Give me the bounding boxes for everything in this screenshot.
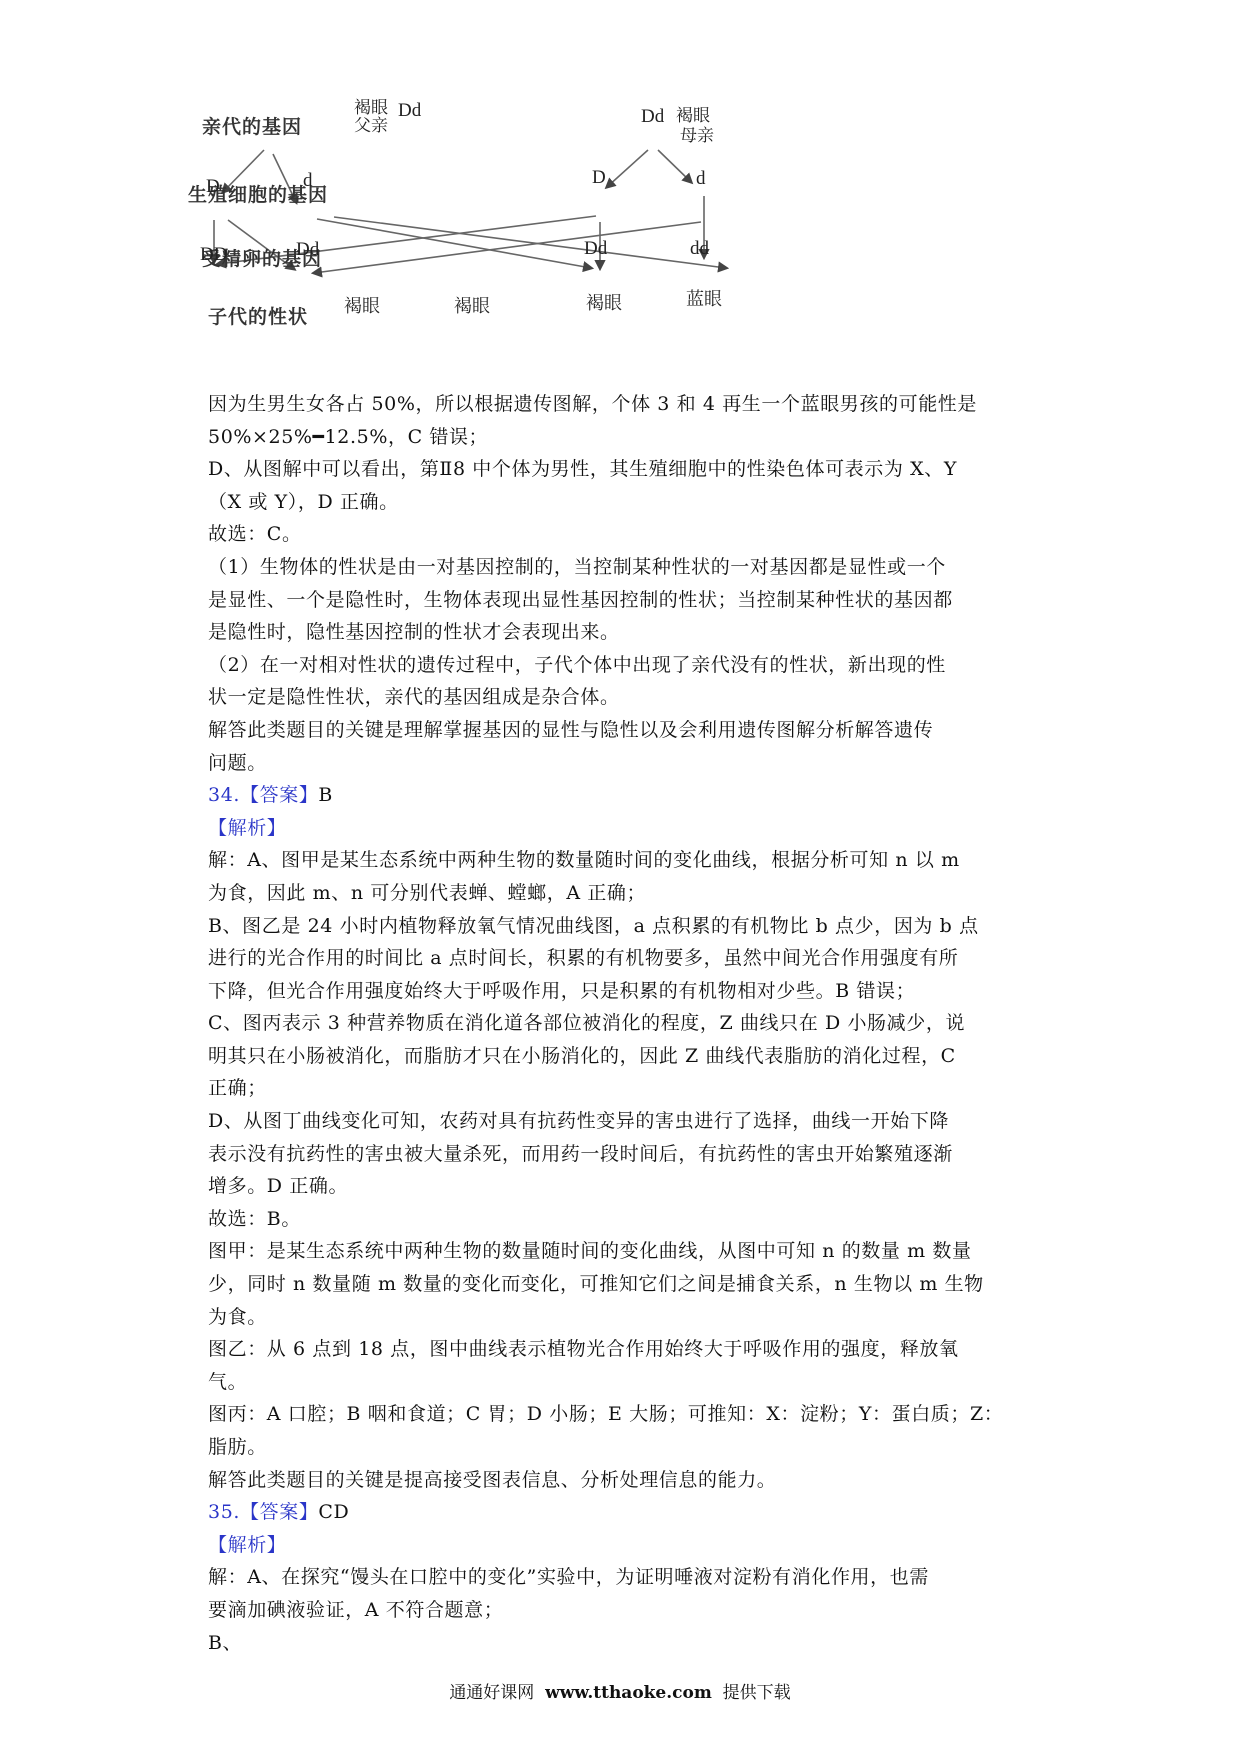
row-label-offspring-traits: 子代的性状: [208, 302, 308, 329]
text-line: （1）生物体的性状是由一对基因控制的，当控制某种性状的一对基因都是显性或一个: [208, 551, 1040, 584]
text-line: 为食。: [208, 1301, 1040, 1334]
text-line: （2）在一对相对性状的遗传过程中，子代个体中出现了亲代没有的性状，新出现的性: [208, 649, 1040, 682]
text-line: 要滴加碘液验证，A 不符合题意；: [208, 1594, 1040, 1627]
answer-value: B: [318, 784, 333, 806]
answer-label: 34.【答案】: [208, 784, 318, 806]
analysis-label: 【解析】: [208, 817, 286, 839]
text-line: 是隐性时，隐性基因控制的性状才会表现出来。: [208, 616, 1040, 649]
text-line: （X 或 Y），D 正确。: [208, 486, 1040, 519]
offspring-trait-2: 褐眼: [454, 292, 490, 318]
text-line: 解：A、在探究“馒头在口腔中的变化”实验中，为证明唾液对淀粉有消化作用，也需: [208, 1561, 1040, 1594]
text-line: 增多。D 正确。: [208, 1170, 1040, 1203]
mother-trait: 褐眼: [676, 108, 710, 125]
analysis-label: 【解析】: [208, 1534, 286, 1556]
zygote-Dd-1: Dd: [296, 239, 319, 261]
text-line: 正确；: [208, 1072, 1040, 1105]
gamete-father-D: D: [206, 176, 220, 198]
gamete-mother-D: D: [592, 167, 606, 189]
footer-url-link[interactable]: www.tthaoke.com: [545, 1683, 712, 1703]
text-line: 为食，因此 m、n 可分别代表蝉、螳螂，A 正确；: [208, 877, 1040, 910]
zygote-dd: dd: [690, 238, 709, 260]
text-line: 下降，但光合作用强度始终大于呼吸作用，只是积累的有机物相对少些。B 错误；: [208, 975, 1040, 1008]
offspring-trait-1: 褐眼: [344, 292, 380, 318]
text-line: 状一定是隐性性状，亲代的基因组成是杂合体。: [208, 681, 1040, 714]
text-line: B、图乙是 24 小时内植物释放氧气情况曲线图，a 点积累的有机物比 b 点少，…: [208, 910, 1040, 943]
row-label-parent-genes: 亲代的基因: [202, 112, 302, 139]
genetics-diagram: 亲代的基因 生殖细胞的基因 受精卵的基因 子代的性状 褐眼 父亲 Dd Dd 褐…: [186, 92, 746, 370]
text-line: D、从图丁曲线变化可知，农药对具有抗药性变异的害虫进行了选择，曲线一开始下降: [208, 1105, 1040, 1138]
gamete-father-d: d: [303, 170, 313, 192]
answer-heading-34: 34.【答案】B: [208, 779, 1040, 812]
text-line: C、图丙表示 3 种营养物质在消化道各部位被消化的程度，Z 曲线只在 D 小肠减…: [208, 1007, 1040, 1040]
analysis-heading-35: 【解析】: [208, 1529, 1040, 1562]
page-footer: 通通好课网 www.tthaoke.com 提供下载: [0, 1678, 1240, 1703]
footer-site-name: 通通好课网: [449, 1683, 534, 1703]
answer-label: 35.【答案】: [208, 1501, 318, 1523]
offspring-trait-3: 褐眼: [586, 289, 622, 315]
text-line: 图甲：是某生态系统中两种生物的数量随时间的变化曲线，从图中可知 n 的数量 m …: [208, 1235, 1040, 1268]
text-line: 50%×25%━12.5%，C 错误；: [208, 421, 1040, 454]
text-line: 问题。: [208, 747, 1040, 780]
text-line: 表示没有抗药性的害虫被大量杀死，而用药一段时间后，有抗药性的害虫开始繁殖逐渐: [208, 1138, 1040, 1171]
text-line: 图丙：A 口腔；B 咽和食道；C 胃；D 小肠；E 大肠；可推知：X：淀粉；Y：…: [208, 1398, 1040, 1431]
text-line: 进行的光合作用的时间比 a 点时间长，积累的有机物要多，虽然中间光合作用强度有所: [208, 942, 1040, 975]
father-genotype: Dd: [398, 100, 421, 122]
father-role: 父亲: [354, 118, 388, 135]
zygote-Dd-2: Dd: [584, 238, 607, 260]
text-line: B、: [208, 1627, 1040, 1660]
zygote-DD: DD: [200, 244, 227, 266]
text-line: 是显性、一个是隐性时，生物体表现出显性基因控制的性状；当控制某种性状的基因都: [208, 584, 1040, 617]
mother-genotype: Dd: [641, 106, 664, 128]
text-line: 气。: [208, 1366, 1040, 1399]
text-line: 解：A、图甲是某生态系统中两种生物的数量随时间的变化曲线，根据分析可知 n 以 …: [208, 844, 1040, 877]
offspring-trait-4: 蓝眼: [686, 285, 722, 311]
gamete-mother-d: d: [696, 168, 706, 190]
answer-heading-35: 35.【答案】CD: [208, 1496, 1040, 1529]
analysis-heading-34: 【解析】: [208, 812, 1040, 845]
text-line: 图乙：从 6 点到 18 点，图中曲线表示植物光合作用始终大于呼吸作用的强度，释…: [208, 1333, 1040, 1366]
father-trait: 褐眼: [354, 100, 388, 117]
mother-role: 母亲: [680, 128, 714, 145]
text-line: 解答此类题目的关键是提高接受图表信息、分析处理信息的能力。: [208, 1464, 1040, 1497]
text-line: 明其只在小肠被消化，而脂肪才只在小肠消化的，因此 Z 曲线代表脂肪的消化过程，C: [208, 1040, 1040, 1073]
text-line: 脂肪。: [208, 1431, 1040, 1464]
answer-text-body: 因为生男生女各占 50%，所以根据遗传图解，个体 3 和 4 再生一个蓝眼男孩的…: [208, 388, 1040, 1659]
text-line: 故选：B。: [208, 1203, 1040, 1236]
footer-suffix: 提供下载: [723, 1683, 791, 1703]
answer-value: CD: [318, 1501, 349, 1523]
text-line: 解答此类题目的关键是理解掌握基因的显性与隐性以及会利用遗传图解分析解答遗传: [208, 714, 1040, 747]
text-line: 少，同时 n 数量随 m 数量的变化而变化，可推知它们之间是捕食关系，n 生物以…: [208, 1268, 1040, 1301]
text-line: 故选：C。: [208, 518, 1040, 551]
text-line: 因为生男生女各占 50%，所以根据遗传图解，个体 3 和 4 再生一个蓝眼男孩的…: [208, 388, 1040, 421]
text-line: D、从图解中可以看出，第Ⅱ8 中个体为男性，其生殖细胞中的性染色体可表示为 X、…: [208, 453, 1040, 486]
